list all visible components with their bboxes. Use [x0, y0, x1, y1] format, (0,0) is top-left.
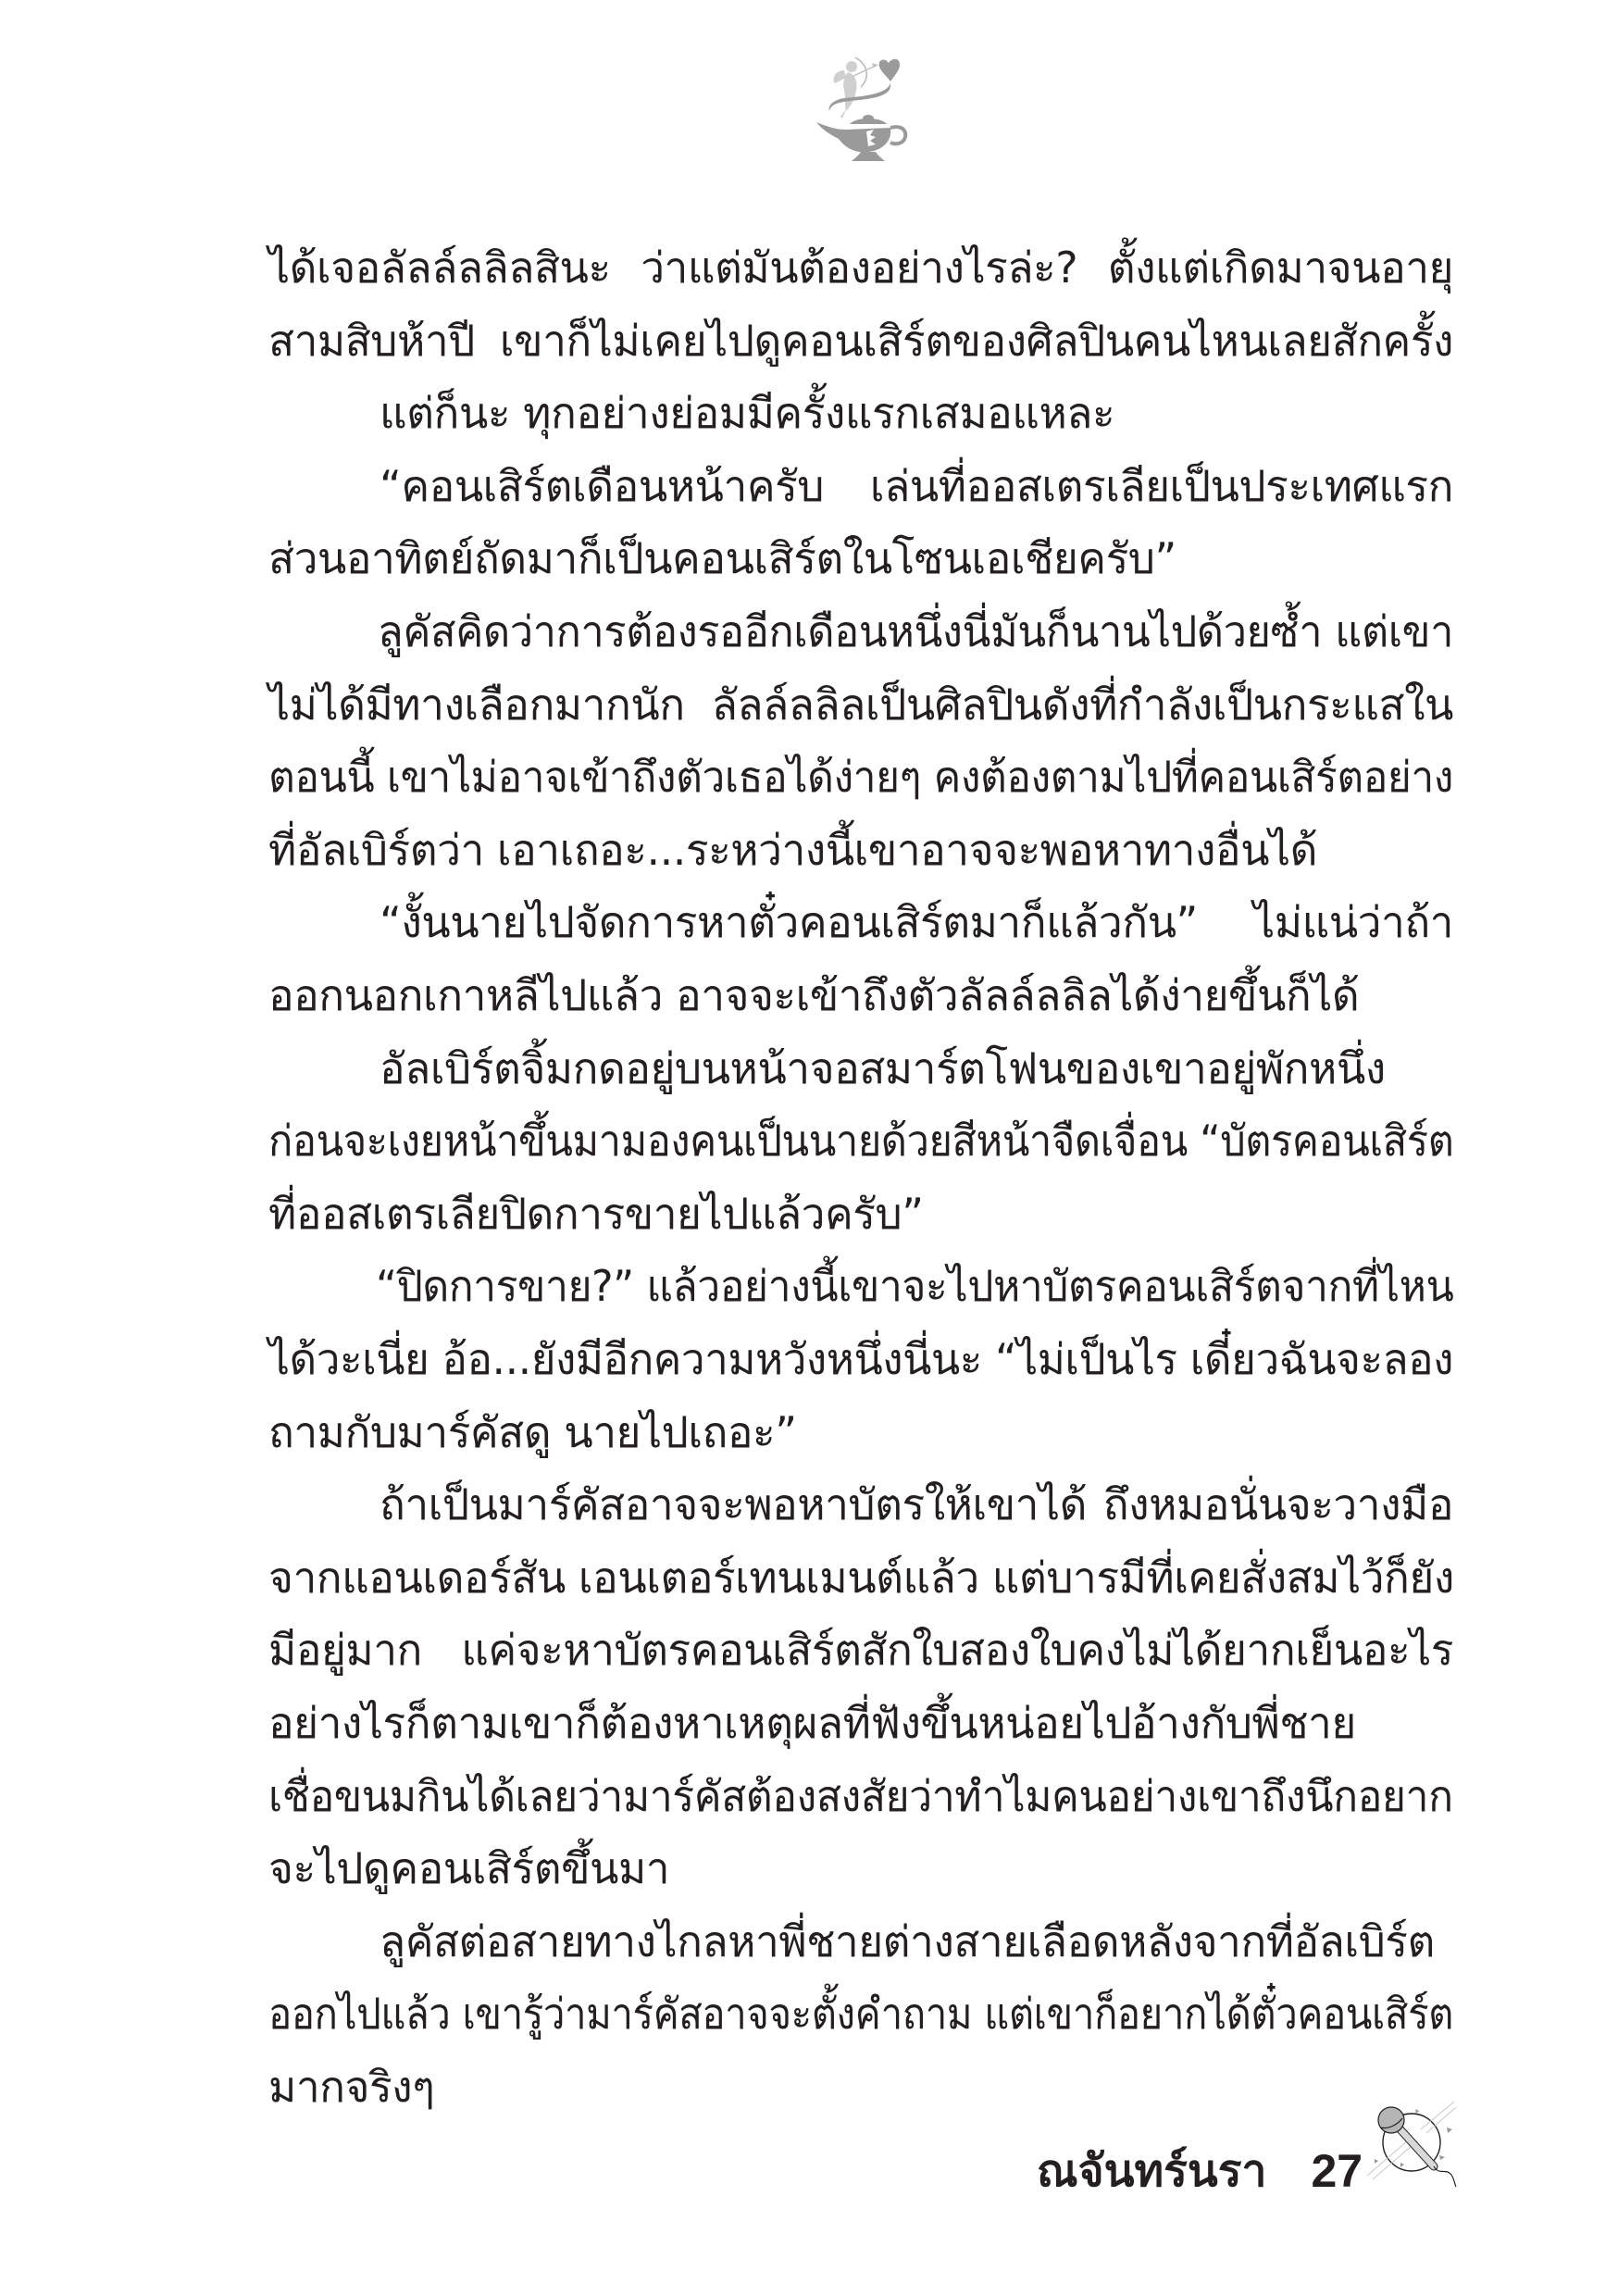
text-line: ออกไปแล้ว เขารู้ว่ามาร์คัสอาจจะตั้งคำถาม… — [268, 1978, 1453, 2050]
author-name: ณจันทร์นรา — [1037, 2139, 1266, 2203]
page-footer: ณจันทร์นรา 27 — [1037, 2129, 1363, 2203]
text-line: ไม่ได้มีทางเลือกมากนัก ลัลล์ลลิลเป็นศิลป… — [268, 668, 1453, 741]
text-line: ถามกับมาร์คัสดู นายไปเถอะ” — [268, 1396, 1453, 1468]
text-line: อย่างไรก็ตามเขาก็ต้องหาเหตุผลที่ฟังขึ้นห… — [268, 1687, 1453, 1759]
text-line: ออกนอกเกาหลีไปแล้ว อาจจะเข้าถึงตัวลัลล์ล… — [268, 959, 1453, 1031]
text-line: ที่อัลเบิร์ตว่า เอาเถอะ...ระหว่างนี้เขาอ… — [268, 814, 1453, 886]
text-line: สามสิบห้าปี เขาก็ไม่เคยไปดูคอนเสิร์ตของศ… — [268, 305, 1453, 377]
text-line: ได้เจอลัลล์ลลิลสินะ ว่าแต่มันต้องอย่างไร… — [268, 231, 1453, 304]
text-line: ส่วนอาทิตย์ถัดมาก็เป็นคอนเสิร์ตในโซนเอเช… — [268, 522, 1453, 594]
text-line: “ปิดการขาย?” แล้วอย่างนี้เขาจะไปหาบัตรคอ… — [268, 1250, 1453, 1322]
text-line: “คอนเสิร์ตเดือนหน้าครับ เล่นที่ออสเตรเลี… — [268, 450, 1453, 522]
text-line: มากจริงๆ — [268, 2051, 1453, 2123]
text-line: แต่ก็นะ ทุกอย่างย่อมมีครั้งแรกเสมอแหละ — [268, 377, 1453, 449]
text-line: จากแอนเดอร์สัน เอนเตอร์เทนเมนต์แล้ว แต่บ… — [268, 1541, 1453, 1614]
text-line: ถ้าเป็นมาร์คัสอาจจะพอหาบัตรให้เขาได้ ถึง… — [268, 1468, 1453, 1541]
book-page: ได้เจอลัลล์ลลิลสินะ ว่าแต่มันต้องอย่างไร… — [0, 0, 1618, 2296]
text-line: มีอยู่มาก แค่จะหาบัตรคอนเสิร์ตสักใบสองใบ… — [268, 1614, 1453, 1686]
text-line: จะไปดูคอนเสิร์ตขึ้นมา — [268, 1832, 1453, 1904]
text-line: ได้วะเนี่ย อ้อ...ยังมีอีกความหวังหนึ่งนี… — [268, 1323, 1453, 1395]
text-line: ก่อนจะเงยหน้าขึ้นมามองคนเป็นนายด้วยสีหน้… — [268, 1104, 1453, 1177]
text-line: ลูคัสต่อสายทางไกลหาพี่ชายต่างสายเลือดหลั… — [268, 1905, 1453, 1978]
text-line: ตอนนี้ เขาไม่อาจเข้าถึงตัวเธอได้ง่ายๆ คง… — [268, 741, 1453, 813]
text-line: ที่ออสเตรเลียปิดการขายไปแล้วครับ” — [268, 1178, 1453, 1250]
text-line: “งั้นนายไปจัดการหาตั๋วคอนเสิร์ตมาก็แล้วก… — [268, 886, 1453, 958]
microphone-icon — [1365, 2102, 1467, 2190]
lamp-cupid-icon — [807, 54, 918, 167]
text-line: เชื่อขนมกินได้เลยว่ามาร์คัสต้องสงสัยว่าท… — [268, 1760, 1453, 1832]
text-line: อัลเบิร์ตจิ้มกดอยู่บนหน้าจอสมาร์ตโฟนของเ… — [268, 1032, 1453, 1104]
page-number: 27 — [1311, 2139, 1363, 2203]
text-line: ลูคัสคิดว่าการต้องรออีกเดือนหนึ่งนี่มันก… — [268, 595, 1453, 668]
